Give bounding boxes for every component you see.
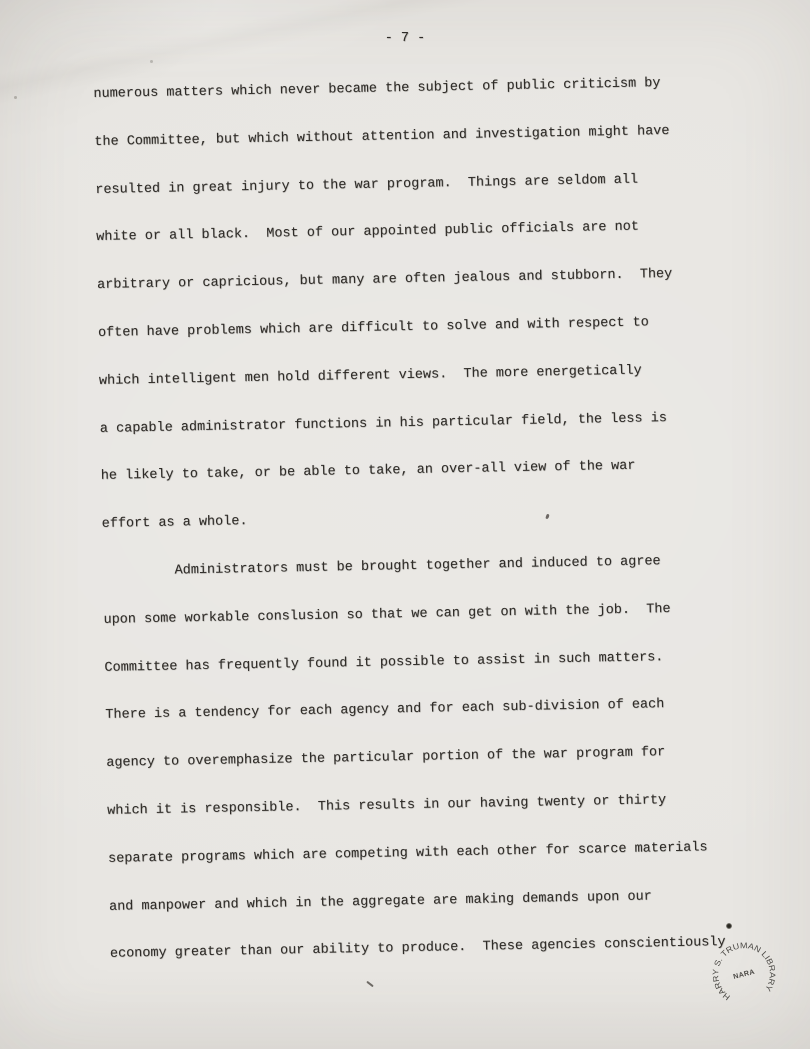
pencil-mark-artifact xyxy=(366,981,374,988)
ink-dot-artifact xyxy=(726,923,732,929)
page-number: - 7 - xyxy=(0,31,810,46)
stamp-center-text: NARA xyxy=(732,968,755,981)
stamp-graphic: HARRY S. TRUMAN LIBRARY NARA xyxy=(703,933,785,1015)
typewritten-text: numerous matters which never became the … xyxy=(93,58,770,979)
paper-speck xyxy=(150,60,153,63)
document-page: - 7 - numerous matters which never becam… xyxy=(0,0,810,1049)
paper-speck xyxy=(14,96,17,99)
truman-library-archive-stamp: HARRY S. TRUMAN LIBRARY NARA xyxy=(703,933,785,1015)
